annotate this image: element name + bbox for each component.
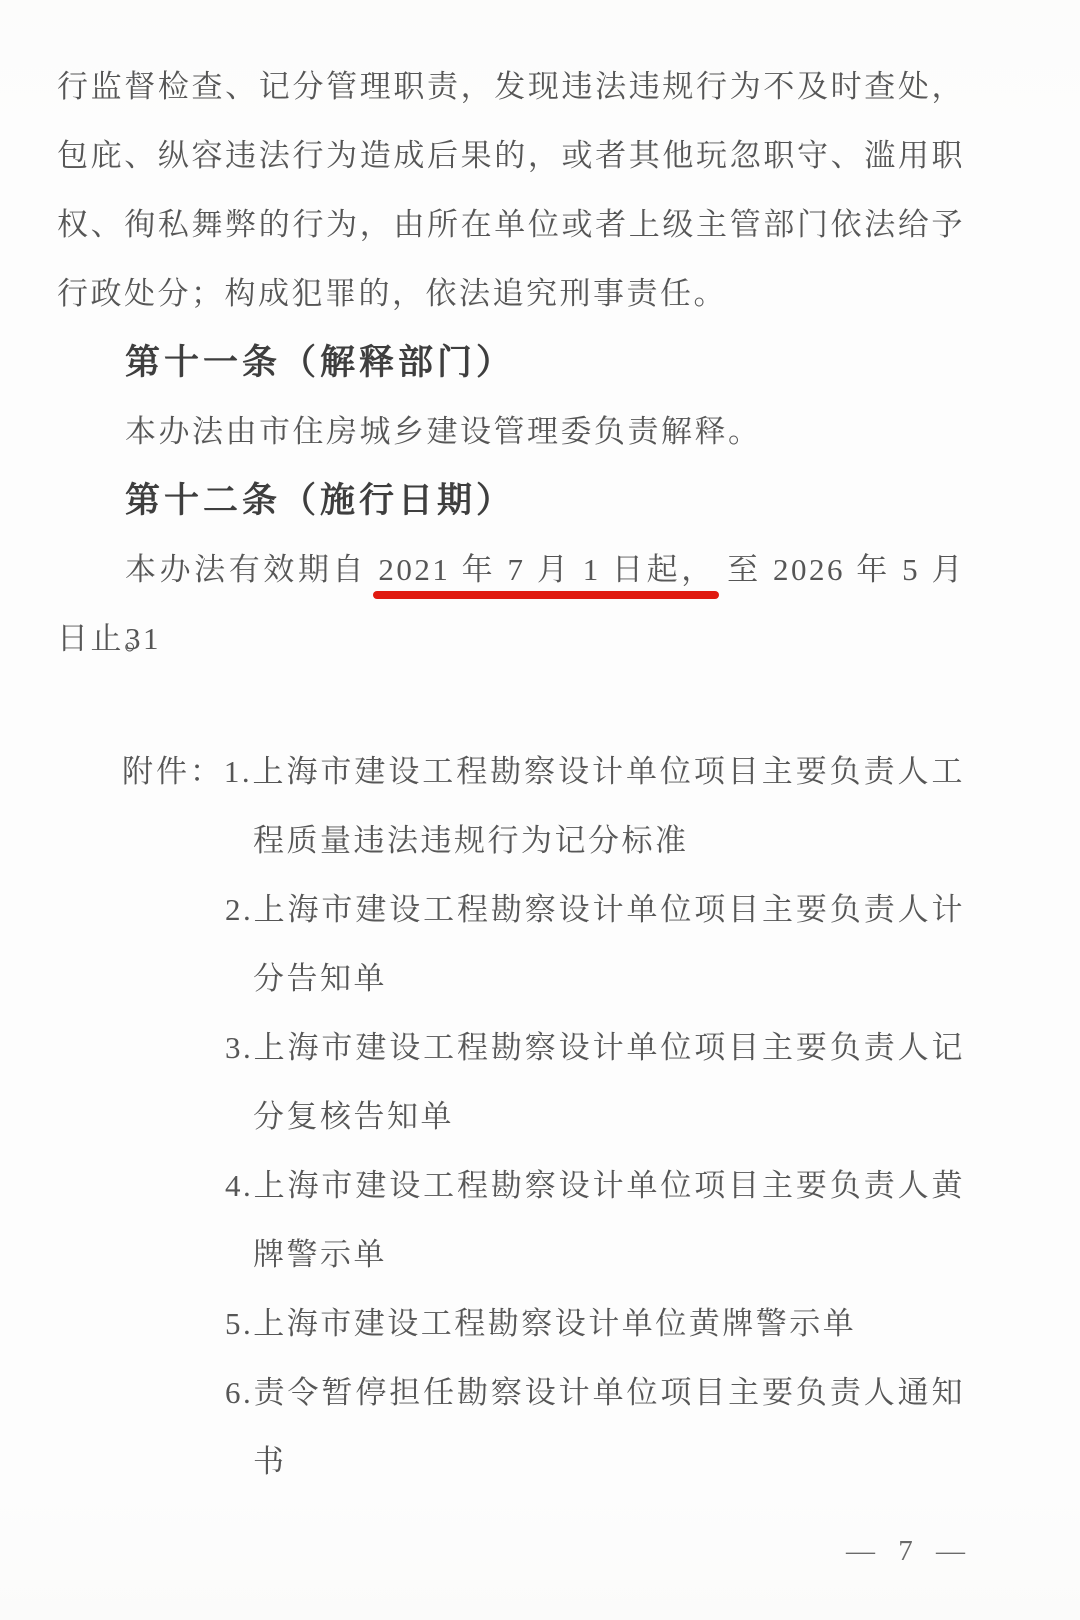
- attachment-item-6-line-1: 6.责令暂停担任勘察设计单位项目主要负责人通知: [57, 1358, 965, 1427]
- page-number: — 7 —: [846, 1535, 973, 1568]
- attachment-item-3-line-2: 分复核告知单: [57, 1082, 965, 1151]
- attachment-item-4-line-2: 牌警示单: [57, 1220, 965, 1289]
- scanned-document-page: 行监督检查、记分管理职责，发现违法违规行为不及时查处， 包庇、纵容违法行为造成后…: [0, 0, 1080, 1620]
- paragraph-line-3: 权、徇私舞弊的行为，由所在单位或者上级主管部门依法给予: [57, 190, 965, 259]
- effective-date-line: 本办法有效期自 2021 年 7 月 1 日起， 至 2026 年 5 月 31: [57, 535, 965, 604]
- paragraph-line-4: 行政处分；构成犯罪的，依法追究刑事责任。: [57, 259, 965, 328]
- paragraph-line-1: 行监督检查、记分管理职责，发现违法违规行为不及时查处，: [57, 52, 965, 121]
- document-body: 行监督检查、记分管理职责，发现违法违规行为不及时查处， 包庇、纵容违法行为造成后…: [57, 52, 965, 1496]
- attachment-item-4-line-1: 4.上海市建设工程勘察设计单位项目主要负责人黄: [57, 1151, 965, 1220]
- attachment-item-2-line-2: 分告知单: [57, 944, 965, 1013]
- effective-date-continuation: 日止。: [57, 604, 965, 673]
- article-11-heading: 第十一条（解释部门）: [57, 328, 965, 397]
- paragraph-line-2: 包庇、纵容违法行为造成后果的，或者其他玩忽职守、滥用职: [57, 121, 965, 190]
- attachment-item-6-line-2: 书: [57, 1427, 965, 1496]
- attachment-item-2-line-1: 2.上海市建设工程勘察设计单位项目主要负责人计: [57, 875, 965, 944]
- date-text-red-underlined: 2021 年 7 月 1 日起，: [378, 552, 715, 587]
- article-12-heading: 第十二条（施行日期）: [57, 466, 965, 535]
- attachment-item-1-text: 1.上海市建设工程勘察设计单位项目主要负责人工: [224, 754, 965, 789]
- attachment-item-3-line-1: 3.上海市建设工程勘察设计单位项目主要负责人记: [57, 1013, 965, 1082]
- attachment-item-1-line-1: 附件：1.上海市建设工程勘察设计单位项目主要负责人工: [57, 737, 965, 806]
- section-gap: [57, 673, 965, 737]
- attachments-label: 附件：: [122, 754, 224, 789]
- date-text-pre: 本办法有效期自: [125, 552, 378, 587]
- article-11-body: 本办法由市住房城乡建设管理委负责解释。: [57, 397, 965, 466]
- attachment-item-5-line-1: 5.上海市建设工程勘察设计单位黄牌警示单: [57, 1289, 965, 1358]
- attachment-item-1-line-2: 程质量违法违规行为记分标准: [57, 806, 965, 875]
